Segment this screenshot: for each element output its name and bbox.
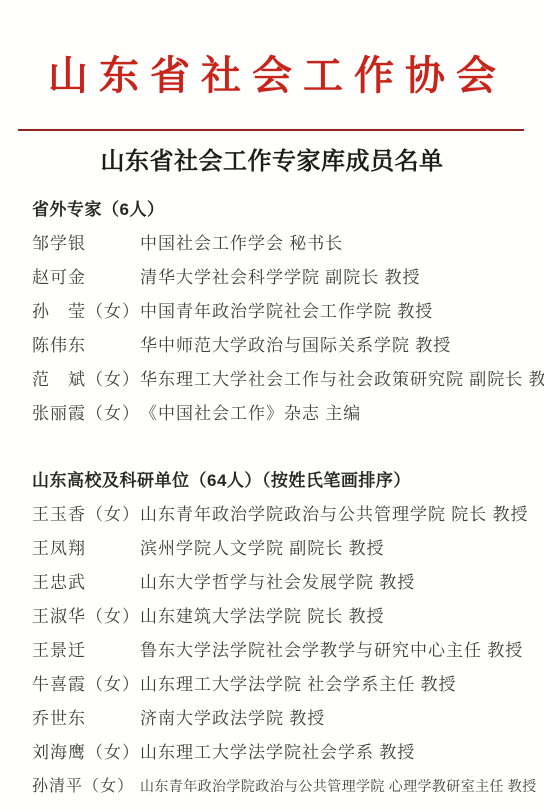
member-name: 赵可金 — [32, 267, 140, 289]
document-page: 山东省社会工作协会 山东省社会工作专家库成员名单 省外专家（6人）邹学银中国社会… — [0, 0, 544, 810]
member-row: 王忠武山东大学哲学与社会发展学院 教授 — [32, 572, 532, 594]
member-affiliation: 鲁东大学法学院社会学教学与研究中心主任 教授 — [140, 640, 532, 662]
member-list: 省外专家（6人）邹学银中国社会工作学会 秘书长赵可金清华大学社会科学学院 副院长… — [0, 199, 544, 799]
member-affiliation: 山东大学哲学与社会发展学院 教授 — [140, 572, 532, 594]
letterhead: 山东省社会工作协会 山东省社会工作专家库成员名单 — [0, 52, 544, 176]
member-name: 孙清平（女） — [32, 776, 140, 798]
member-row: 乔世东济南大学政法学院 教授 — [32, 708, 532, 730]
member-name: 孙 莹（女） — [32, 301, 140, 323]
section-heading: 省外专家（6人） — [32, 199, 532, 221]
member-name: 张丽霞（女） — [32, 403, 140, 425]
member-affiliation: 山东青年政治学院政治与公共管理学院 院长 教授 — [140, 504, 532, 526]
member-row: 范 斌（女）华东理工大学社会工作与社会政策研究院 副院长 教授 — [32, 369, 532, 391]
member-affiliation: 华中师范大学政治与国际关系学院 教授 — [140, 335, 532, 357]
member-affiliation: 中国青年政治学院社会工作学院 教授 — [140, 301, 532, 323]
member-name: 邹学银 — [32, 233, 140, 255]
member-row: 张丽霞（女）《中国社会工作》杂志 主编 — [32, 403, 532, 425]
member-affiliation: 山东青年政治学院政治与公共管理学院 心理学教研室主任 教授 — [140, 777, 537, 799]
member-affiliation: 华东理工大学社会工作与社会政策研究院 副院长 教授 — [140, 369, 544, 391]
doc-title: 山东省社会工作专家库成员名单 — [0, 148, 544, 176]
expert-section: 山东高校及科研单位（64人）（按姓氏笔画排序）王玉香（女）山东青年政治学院政治与… — [32, 470, 532, 799]
member-affiliation: 清华大学社会科学学院 副院长 教授 — [140, 267, 532, 289]
expert-section: 省外专家（6人）邹学银中国社会工作学会 秘书长赵可金清华大学社会科学学院 副院长… — [32, 199, 532, 425]
member-row: 邹学银中国社会工作学会 秘书长 — [32, 233, 532, 255]
member-name: 刘海鹰（女） — [32, 742, 140, 764]
member-name: 王玉香（女） — [32, 504, 140, 526]
member-affiliation: 山东理工大学法学院 社会学系主任 教授 — [140, 674, 532, 696]
org-title: 山东省社会工作协会 — [0, 52, 544, 100]
member-affiliation: 中国社会工作学会 秘书长 — [140, 233, 532, 255]
member-row: 牛喜霞（女）山东理工大学法学院 社会学系主任 教授 — [32, 674, 532, 696]
member-row: 王凤翔滨州学院人文学院 副院长 教授 — [32, 538, 532, 560]
member-name: 范 斌（女） — [32, 369, 140, 391]
member-row: 陈伟东华中师范大学政治与国际关系学院 教授 — [32, 335, 532, 357]
member-row: 王淑华（女）山东建筑大学法学院 院长 教授 — [32, 606, 532, 628]
member-name: 陈伟东 — [32, 335, 140, 357]
member-affiliation: 济南大学政法学院 教授 — [140, 708, 532, 730]
member-name: 乔世东 — [32, 708, 140, 730]
member-name: 王忠武 — [32, 572, 140, 594]
member-row: 孙清平（女）山东青年政治学院政治与公共管理学院 心理学教研室主任 教授 — [32, 776, 532, 799]
member-row: 孙 莹（女）中国青年政治学院社会工作学院 教授 — [32, 301, 532, 323]
member-row: 王玉香（女）山东青年政治学院政治与公共管理学院 院长 教授 — [32, 504, 532, 526]
member-name: 王景迁 — [32, 640, 140, 662]
member-name: 王凤翔 — [32, 538, 140, 560]
member-name: 王淑华（女） — [32, 606, 140, 628]
member-name: 牛喜霞（女） — [32, 674, 140, 696]
member-affiliation: 《中国社会工作》杂志 主编 — [140, 403, 532, 425]
member-row: 赵可金清华大学社会科学学院 副院长 教授 — [32, 267, 532, 289]
member-affiliation: 滨州学院人文学院 副院长 教授 — [140, 538, 532, 560]
header-divider — [18, 129, 524, 131]
section-heading: 山东高校及科研单位（64人）（按姓氏笔画排序） — [32, 470, 532, 492]
member-affiliation: 山东建筑大学法学院 院长 教授 — [140, 606, 532, 628]
member-row: 刘海鹰（女）山东理工大学法学院社会学系 教授 — [32, 742, 532, 764]
member-row: 王景迁鲁东大学法学院社会学教学与研究中心主任 教授 — [32, 640, 532, 662]
member-affiliation: 山东理工大学法学院社会学系 教授 — [140, 742, 532, 764]
